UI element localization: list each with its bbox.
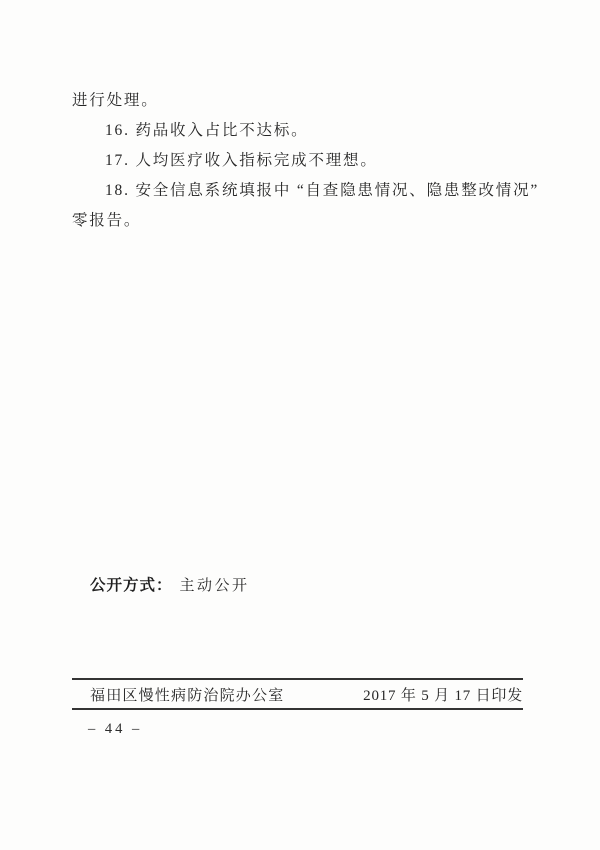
list-item-18-line2: 零报告。 bbox=[72, 206, 532, 236]
page-number: – 44 – bbox=[88, 721, 142, 738]
paragraph-continuation: 进行处理。 bbox=[72, 86, 532, 116]
footer-colophon: 福田区慢性病防治院办公室 2017 年 5 月 17 日印发 bbox=[72, 680, 523, 708]
list-item-18-line1: 18. 安全信息系统填报中 “自查隐患情况、隐患整改情况” bbox=[72, 176, 532, 206]
publicity-value: 主动公开 bbox=[180, 578, 250, 594]
list-item-17: 17. 人均医疗收入指标完成不理想。 bbox=[72, 146, 532, 176]
publicity-label: 公开方式： bbox=[90, 577, 173, 594]
footer-issuer: 福田区慢性病防治院办公室 bbox=[72, 684, 284, 705]
publicity-line: 公开方式：主动公开 bbox=[90, 575, 250, 597]
footer-rule-bottom bbox=[72, 708, 523, 710]
footer-print-date: 2017 年 5 月 17 日印发 bbox=[363, 684, 523, 705]
document-body: 进行处理。 16. 药品收入占比不达标。 17. 人均医疗收入指标完成不理想。 … bbox=[72, 86, 532, 236]
list-item-16: 16. 药品收入占比不达标。 bbox=[72, 116, 532, 146]
document-page: 进行处理。 16. 药品收入占比不达标。 17. 人均医疗收入指标完成不理想。 … bbox=[0, 0, 600, 850]
